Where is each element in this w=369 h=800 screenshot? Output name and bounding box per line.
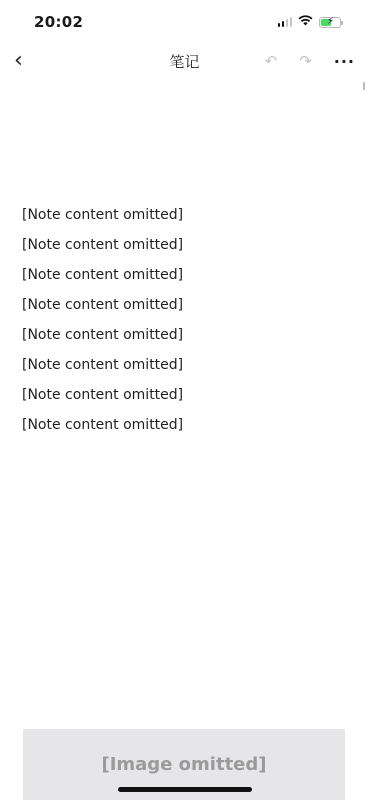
redo-icon[interactable]: ↷	[299, 52, 312, 70]
cellular-signal-icon	[278, 17, 293, 27]
nav-bar: ‹ 笔记 ↶ ↷ ···	[0, 44, 369, 78]
note-line: [Note content omitted]	[22, 260, 351, 290]
note-line: [Note content omitted]	[22, 320, 351, 350]
status-icons: ⚡	[278, 15, 342, 29]
note-line: [Note content omitted]	[22, 230, 351, 260]
home-indicator[interactable]	[118, 787, 252, 792]
page-title: 笔记	[169, 51, 199, 72]
note-line: [Note content omitted]	[22, 290, 351, 320]
note-line: [Note content omitted]	[22, 380, 351, 410]
note-body[interactable]: [Note content omitted] [Note content omi…	[22, 200, 351, 440]
undo-icon[interactable]: ↶	[265, 52, 278, 70]
nav-actions: ↶ ↷ ···	[265, 52, 355, 71]
note-line: [Note content omitted]	[22, 200, 351, 230]
image-placeholder-label: [Image omitted]	[101, 754, 266, 775]
battery-icon: ⚡	[319, 17, 341, 28]
status-time: 20:02	[34, 13, 83, 31]
scrollbar[interactable]	[363, 82, 365, 90]
more-icon[interactable]: ···	[334, 52, 355, 71]
chevron-left-icon[interactable]: ‹	[14, 50, 38, 72]
note-line: [Note content omitted]	[22, 350, 351, 380]
note-line: [Note content omitted]	[22, 410, 351, 440]
charging-icon: ⚡	[327, 16, 334, 27]
status-bar: 20:02 ⚡	[0, 0, 369, 44]
wifi-icon	[298, 15, 313, 29]
